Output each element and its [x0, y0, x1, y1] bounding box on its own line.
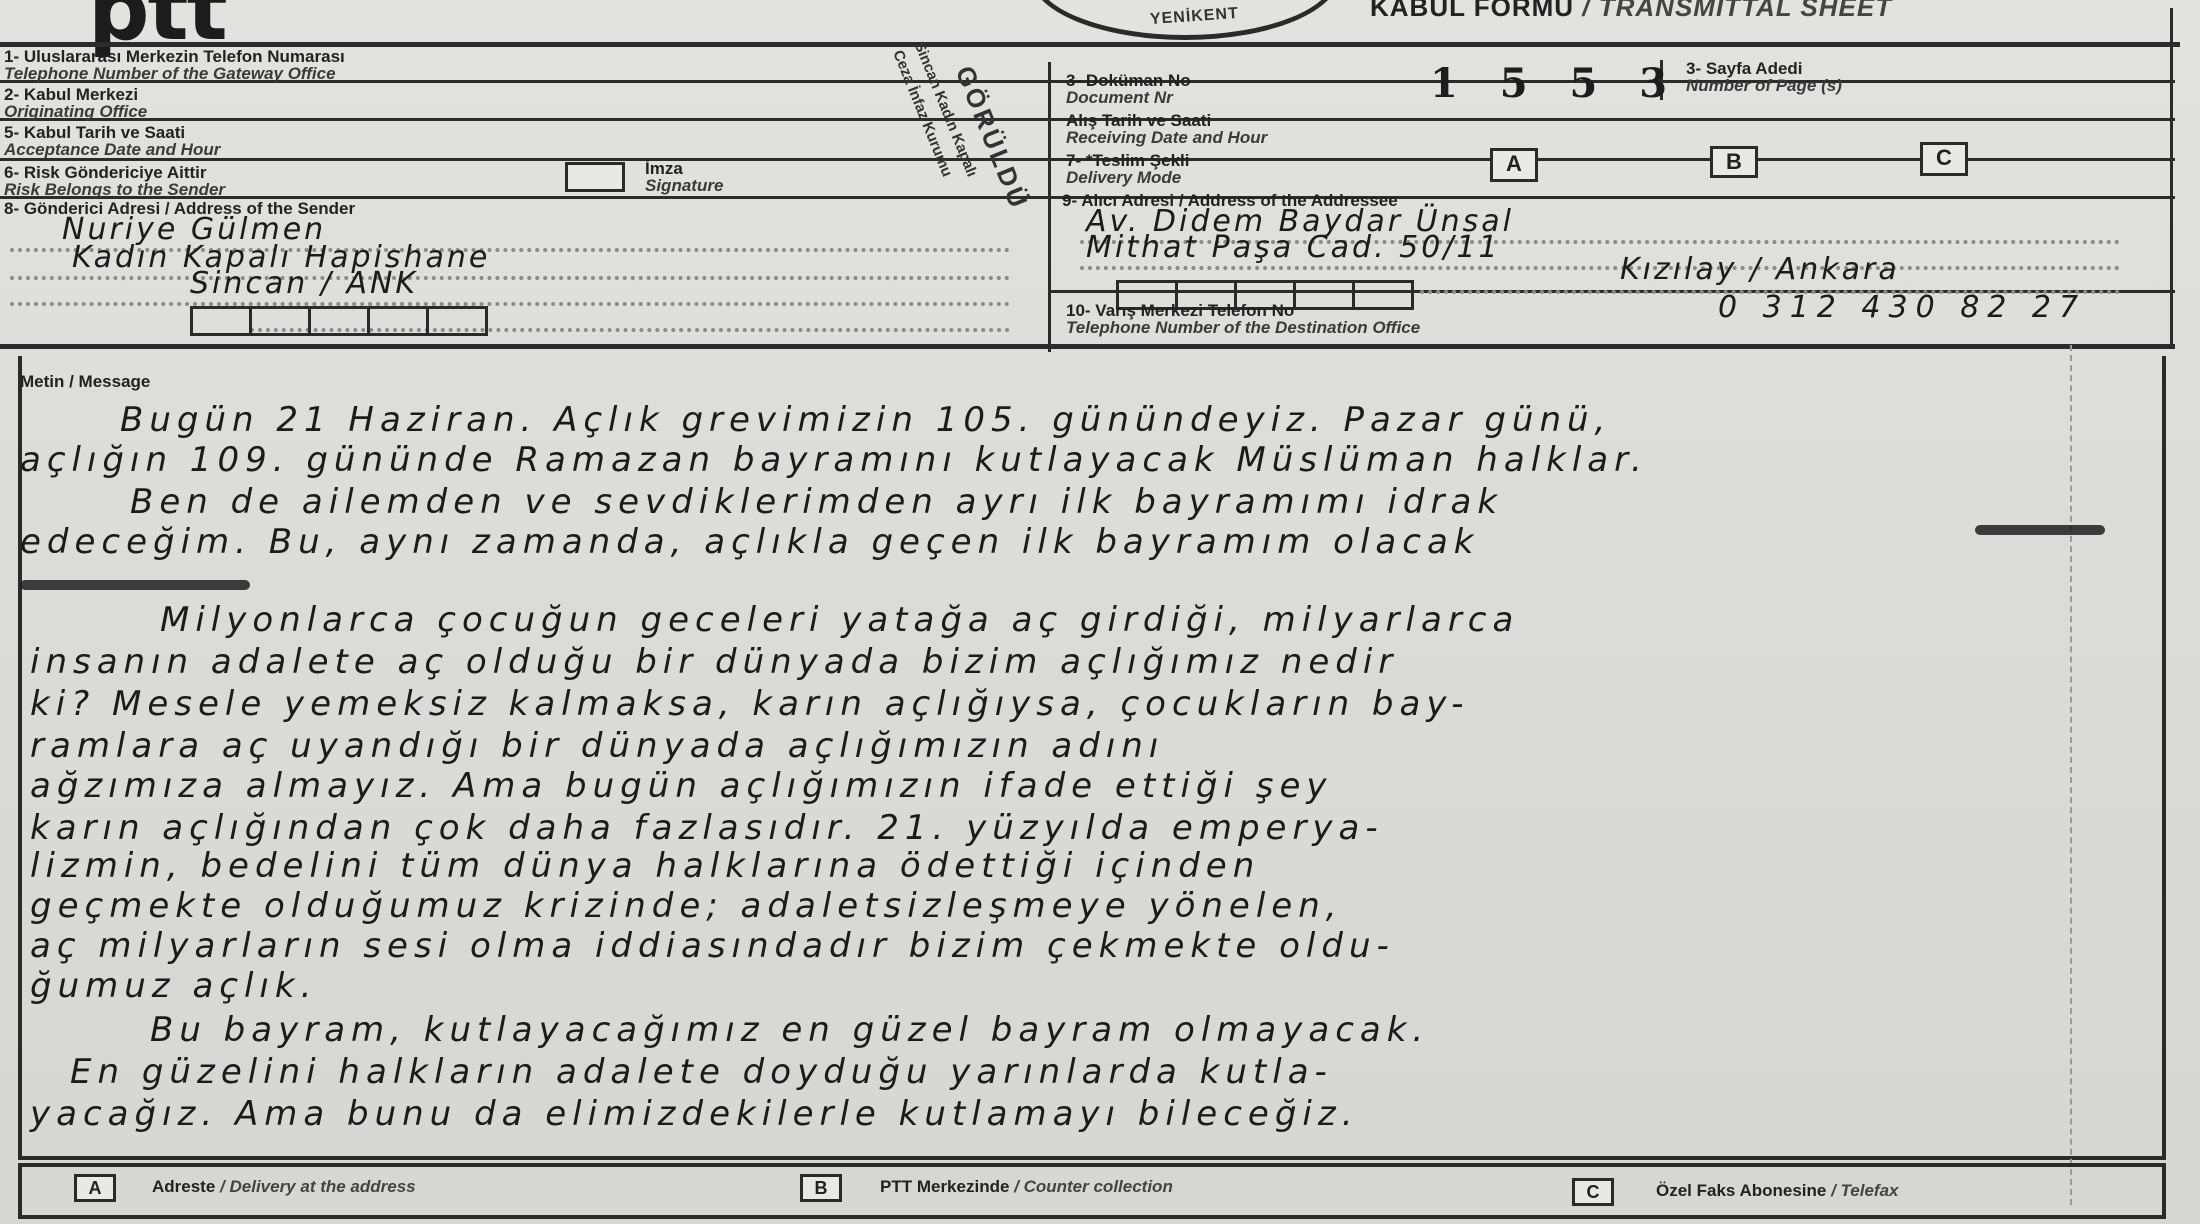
- form-title: KABUL FORMU / TRANSMITTAL SHEET: [1370, 0, 1892, 23]
- addressee-address-line: Mithat Paşa Cad. 50/11: [1086, 230, 1501, 265]
- message-line: karın açlığından çok daha fazlasıdır. 21…: [30, 808, 1384, 848]
- legend-c-text: Özel Faks Abonesine / Telefax: [1656, 1181, 1899, 1201]
- message-line: insanın adalete aç olduğu bir dünyada bi…: [30, 642, 1398, 682]
- delivery-mode-a-checkbox[interactable]: A: [1490, 148, 1538, 182]
- message-line: lizmin, bedelini tüm dünya halklarına öd…: [30, 846, 1260, 886]
- divider: [2170, 8, 2173, 348]
- message-line: edeceğim. Bu, aynı zamanda, açlıkla geçe…: [20, 522, 1479, 562]
- message-line: Bugün 21 Haziran. Açlık grevimizin 105. …: [120, 400, 1611, 440]
- message-line: açlığın 109. gününde Ramazan bayramını k…: [20, 440, 1648, 480]
- crossed-out-text: [1975, 525, 2105, 535]
- divider: [0, 344, 2175, 349]
- message-line: Ben de ailemden ve sevdiklerimden ayrı i…: [130, 482, 1503, 522]
- field-acceptance-date-label: 5- Kabul Tarih ve SaatiAcceptance Date a…: [4, 124, 220, 158]
- form-title-tr: KABUL FORMU: [1370, 0, 1574, 22]
- fax-form-page: ptt YENİKENT KABUL FORMU / TRANSMITTAL S…: [0, 0, 2200, 1224]
- risk-checkbox[interactable]: [565, 162, 625, 192]
- document-number-value: 1 5 5 3: [1430, 60, 1681, 107]
- message-line: ağzımıza almayız. Ama bugün açlığımızın …: [30, 766, 1333, 806]
- legend-a-text: Adreste / Delivery at the address: [152, 1177, 416, 1197]
- field-gateway-phone-label: 1- Uluslararası Merkezin Telefon Numaras…: [4, 48, 345, 82]
- legend-b-box: B: [800, 1174, 842, 1202]
- legend-b-text: PTT Merkezinde / Counter collection: [880, 1177, 1173, 1197]
- field-delivery-mode-label: 7- *Teslim ŞekliDelivery Mode: [1066, 152, 1189, 186]
- form-title-en: TRANSMITTAL SHEET: [1599, 0, 1892, 22]
- message-line: ğumuz açlık.: [30, 966, 317, 1006]
- message-line: ki? Mesele yemeksiz kalmaksa, karın açlı…: [30, 684, 1470, 724]
- signature-label: İmzaSignature: [645, 160, 723, 194]
- message-line: yacağız. Ama bunu da elimizdekilerle kut…: [30, 1094, 1359, 1134]
- destination-phone-value: 0 312 430 82 27: [1718, 290, 2086, 325]
- addressee-address-line: Kızılay / Ankara: [1620, 252, 1900, 287]
- sender-address-line: Sincan / ANK: [190, 266, 418, 301]
- legend-c-box: C: [1572, 1178, 1614, 1206]
- field-originating-office-label: 2- Kabul MerkeziOriginating Office: [4, 86, 147, 120]
- crossed-out-text: [20, 580, 250, 590]
- message-line: En güzelini halkların adalete doyduğu ya…: [70, 1052, 1333, 1092]
- message-line: ramlara aç uyandığı bir dünyada açlığımı…: [30, 726, 1164, 766]
- sender-postal-code-boxes[interactable]: [190, 306, 485, 336]
- message-line: geçmekte olduğumuz krizinde; adaletsizle…: [30, 886, 1343, 926]
- field-receiving-date-label: Alış Tarih ve SaatiReceiving Date and Ho…: [1066, 112, 1267, 146]
- field-risk-label: 6- Risk Göndericiye AittirRisk Belongs t…: [4, 164, 225, 198]
- perforation-line: [2070, 345, 2072, 1205]
- message-label: Metin / Message: [20, 372, 150, 392]
- field-destination-phone-label: 10- Varış Merkezi Telefon NoTelephone Nu…: [1066, 302, 1420, 336]
- message-line: Milyonlarca çocuğun geceleri yatağa aç g…: [160, 600, 1519, 640]
- legend-a-box: A: [74, 1174, 116, 1202]
- dotted-line: [1080, 266, 2120, 270]
- field-page-count-label: 3- Sayfa AdediNumber of Page (s): [1686, 60, 1842, 94]
- delivery-mode-b-checkbox[interactable]: B: [1710, 146, 1758, 178]
- message-line: Bu bayram, kutlayacağımız en güzel bayra…: [150, 1010, 1429, 1050]
- message-line: aç milyarların sesi olma iddiasındadır b…: [30, 926, 1395, 966]
- field-document-no-label: 3- Doküman NoDocument Nr: [1066, 72, 1191, 106]
- divider: [1048, 62, 1051, 352]
- delivery-mode-c-checkbox[interactable]: C: [1920, 142, 1968, 176]
